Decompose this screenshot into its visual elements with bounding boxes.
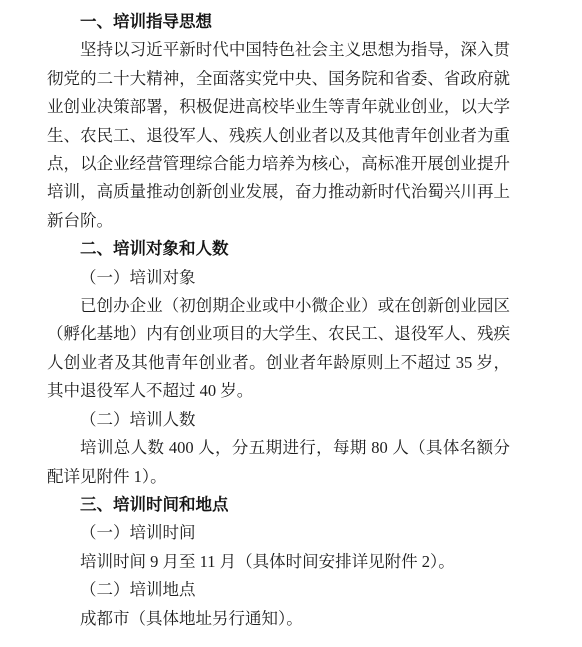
- section-heading-3: 三、培训时间和地点: [47, 491, 510, 519]
- subsection-3-2-paragraph: 成都市（具体地址另行通知）。: [47, 605, 510, 633]
- section-heading-2: 二、培训对象和人数: [47, 235, 510, 263]
- document-page: 一、培训指导思想 坚持以习近平新时代中国特色社会主义思想为指导，深入贯彻党的二十…: [0, 0, 582, 647]
- subsection-2-2-paragraph: 培训总人数 400 人，分五期进行，每期 80 人（具体名额分配详见附件 1）。: [47, 434, 510, 491]
- subsection-3-1-paragraph: 培训时间 9 月至 11 月（具体时间安排详见附件 2）。: [47, 548, 510, 576]
- subsection-heading-3-2: （二）培训地点: [47, 576, 510, 604]
- section-heading-1: 一、培训指导思想: [47, 8, 510, 36]
- subsection-heading-3-1: （一）培训时间: [47, 519, 510, 547]
- subsection-heading-2-1: （一）培训对象: [47, 264, 510, 292]
- subsection-2-1-paragraph: 已创办企业（初创期企业或中小微企业）或在创新创业园区（孵化基地）内有创业项目的大…: [47, 292, 510, 406]
- subsection-heading-2-2: （二）培训人数: [47, 406, 510, 434]
- section-1-paragraph: 坚持以习近平新时代中国特色社会主义思想为指导，深入贯彻党的二十大精神，全面落实党…: [47, 36, 510, 235]
